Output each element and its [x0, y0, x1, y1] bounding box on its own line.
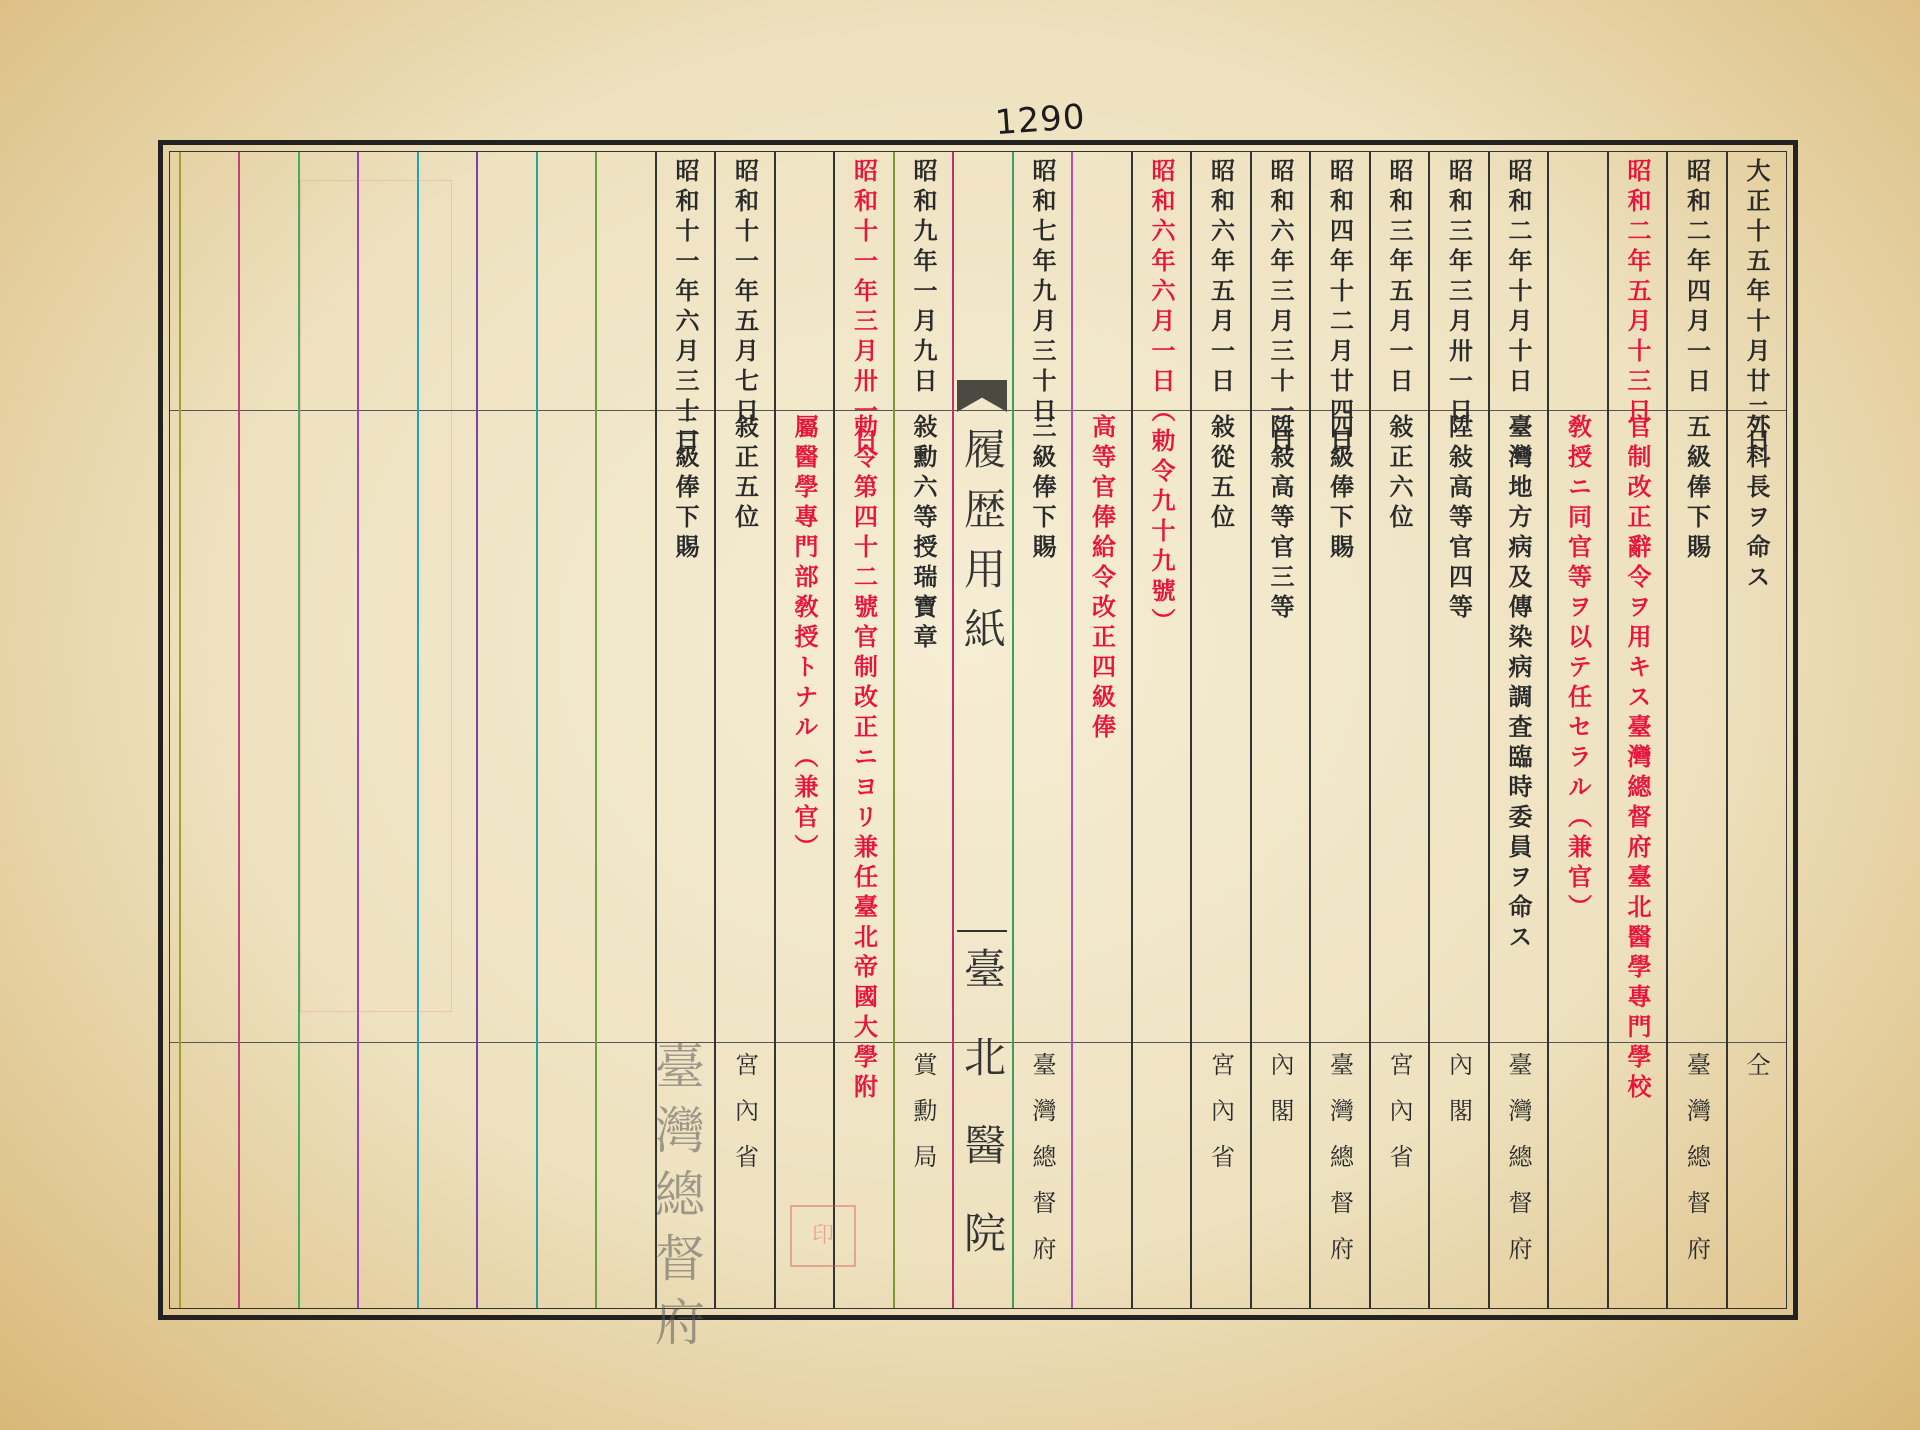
form-title: 履歴用紙 — [952, 427, 1012, 667]
record-event: 敎授ニ同官等ヲ以テ任セラル（兼官） — [1566, 414, 1590, 924]
faded-government-stamp: 臺灣總督府 — [640, 1040, 712, 1360]
record-authority: 內閣 — [1268, 1052, 1292, 1144]
record-column: 昭和六年三月三十一日陞敍高等官三等內閣 — [1251, 152, 1310, 1308]
record-event: 勅令第四十二號官制改正ニヨリ兼任臺北帝國大學附 — [852, 414, 876, 1104]
record-date: 昭和二年四月一日 — [1685, 158, 1709, 398]
record-event: 外科長ヲ命ス — [1744, 414, 1768, 594]
record-date: 昭和四年十二月廿四日 — [1328, 158, 1352, 458]
record-event: 敍勳六等授瑞寶章 — [911, 414, 935, 654]
bleed-through-red-ink — [300, 180, 452, 1012]
record-column: 昭和三年三月卅一日陞敍高等官四等內閣 — [1429, 152, 1488, 1308]
record-authority: 宮內省 — [1209, 1052, 1233, 1190]
record-column: 昭和十一年三月卅一日勅令第四十二號官制改正ニヨリ兼任臺北帝國大學附 — [834, 152, 893, 1308]
record-event: 敍正六位 — [1387, 414, 1411, 534]
record-date: 昭和六年五月一日 — [1209, 158, 1233, 398]
record-event: 敍正五位 — [733, 414, 757, 534]
record-authority: 臺灣總督府 — [1506, 1052, 1530, 1282]
record-event: 三級俸下賜 — [1030, 414, 1054, 564]
red-seal-stamp: 印 — [790, 1205, 856, 1267]
record-date: 昭和二年五月十三日 — [1625, 158, 1649, 428]
record-date: 昭和三年三月卅一日 — [1447, 158, 1471, 428]
record-authority: 賞勳局 — [911, 1052, 935, 1190]
record-column: 敎授ニ同官等ヲ以テ任セラル（兼官） — [1548, 152, 1607, 1308]
record-event: 陞敍高等官三等 — [1268, 414, 1292, 624]
form-title-strip: 履歴用紙臺北醫院 — [953, 152, 1011, 1308]
record-date: 昭和十一年五月七日 — [733, 158, 757, 428]
record-column: 昭和四年十二月廿四日四級俸下賜臺灣總督府 — [1310, 152, 1369, 1308]
record-event: 敍從五位 — [1209, 414, 1233, 534]
ribbon-ornament-icon — [957, 380, 1007, 412]
empty-column — [537, 152, 596, 1308]
record-column: 昭和六年六月一日（勅令九十九號） — [1132, 152, 1191, 1308]
record-event: 四級俸下賜 — [1328, 414, 1352, 564]
column-rule — [179, 152, 181, 1308]
record-date: 昭和七年九月三十日 — [1030, 158, 1054, 428]
record-event: 屬醫學專門部敎授トナル（兼官） — [792, 414, 816, 864]
record-column: 昭和六年五月一日敍從五位宮內省 — [1191, 152, 1250, 1308]
record-column: 大正十五年十月廿二日外科長ヲ命ス仝 — [1727, 152, 1786, 1308]
record-event: 官制改正辭令ヲ用キス臺灣總督府臺北醫學專門學校 — [1625, 414, 1649, 1104]
handwritten-page-number: 1290 — [994, 97, 1087, 143]
record-event: 臺灣地方病及傳染病調査臨時委員ヲ命ス — [1506, 414, 1530, 954]
record-authority: 宮內省 — [733, 1052, 757, 1190]
record-date: 昭和二年十月十日 — [1506, 158, 1530, 398]
record-column: 昭和十一年五月七日敍正五位宮內省 — [715, 152, 774, 1308]
record-date: 大正十五年十月廿二日 — [1744, 158, 1768, 458]
record-authority: 仝 — [1744, 1052, 1768, 1098]
record-authority: 宮內省 — [1387, 1052, 1411, 1190]
record-column: 昭和二年五月十三日官制改正辭令ヲ用キス臺灣總督府臺北醫學專門學校 — [1608, 152, 1667, 1308]
record-date: 昭和十一年六月三十日 — [673, 158, 697, 458]
empty-column — [180, 152, 239, 1308]
record-authority: 臺灣總督府 — [1030, 1052, 1054, 1282]
record-event: 高等官俸給令改正四級俸 — [1090, 414, 1114, 744]
record-authority: 內閣 — [1447, 1052, 1471, 1144]
record-date: 昭和九年一月九日 — [911, 158, 935, 398]
empty-column — [477, 152, 536, 1308]
record-column: 昭和三年五月一日敍正六位宮內省 — [1370, 152, 1429, 1308]
institution-name: 臺北醫院 — [952, 947, 1012, 1299]
record-event: 陞敍高等官四等 — [1447, 414, 1471, 624]
record-date: 昭和六年六月一日（勅令九十九號） — [1149, 158, 1173, 638]
record-event: 五級俸下賜 — [1685, 414, 1709, 564]
record-column: 昭和二年四月一日五級俸下賜臺灣總督府 — [1667, 152, 1726, 1308]
record-authority: 臺灣總督府 — [1328, 1052, 1352, 1282]
record-event: 二級俸下賜 — [673, 414, 697, 564]
record-authority: 臺灣總督府 — [1685, 1052, 1709, 1282]
record-date: 昭和三年五月一日 — [1387, 158, 1411, 398]
record-column: 高等官俸給令改正四級俸 — [1072, 152, 1131, 1308]
record-date: 昭和十一年三月卅一日 — [852, 158, 876, 458]
record-column: 屬醫學專門部敎授トナル（兼官） — [775, 152, 834, 1308]
record-column: 昭和二年十月十日臺灣地方病及傳染病調査臨時委員ヲ命ス臺灣總督府 — [1489, 152, 1548, 1308]
strip-divider — [957, 930, 1007, 932]
record-column: 昭和九年一月九日敍勳六等授瑞寶章賞勳局 — [894, 152, 953, 1308]
empty-column — [239, 152, 298, 1308]
record-date: 昭和六年三月三十一日 — [1268, 158, 1292, 458]
record-column: 昭和七年九月三十日三級俸下賜臺灣總督府 — [1013, 152, 1072, 1308]
